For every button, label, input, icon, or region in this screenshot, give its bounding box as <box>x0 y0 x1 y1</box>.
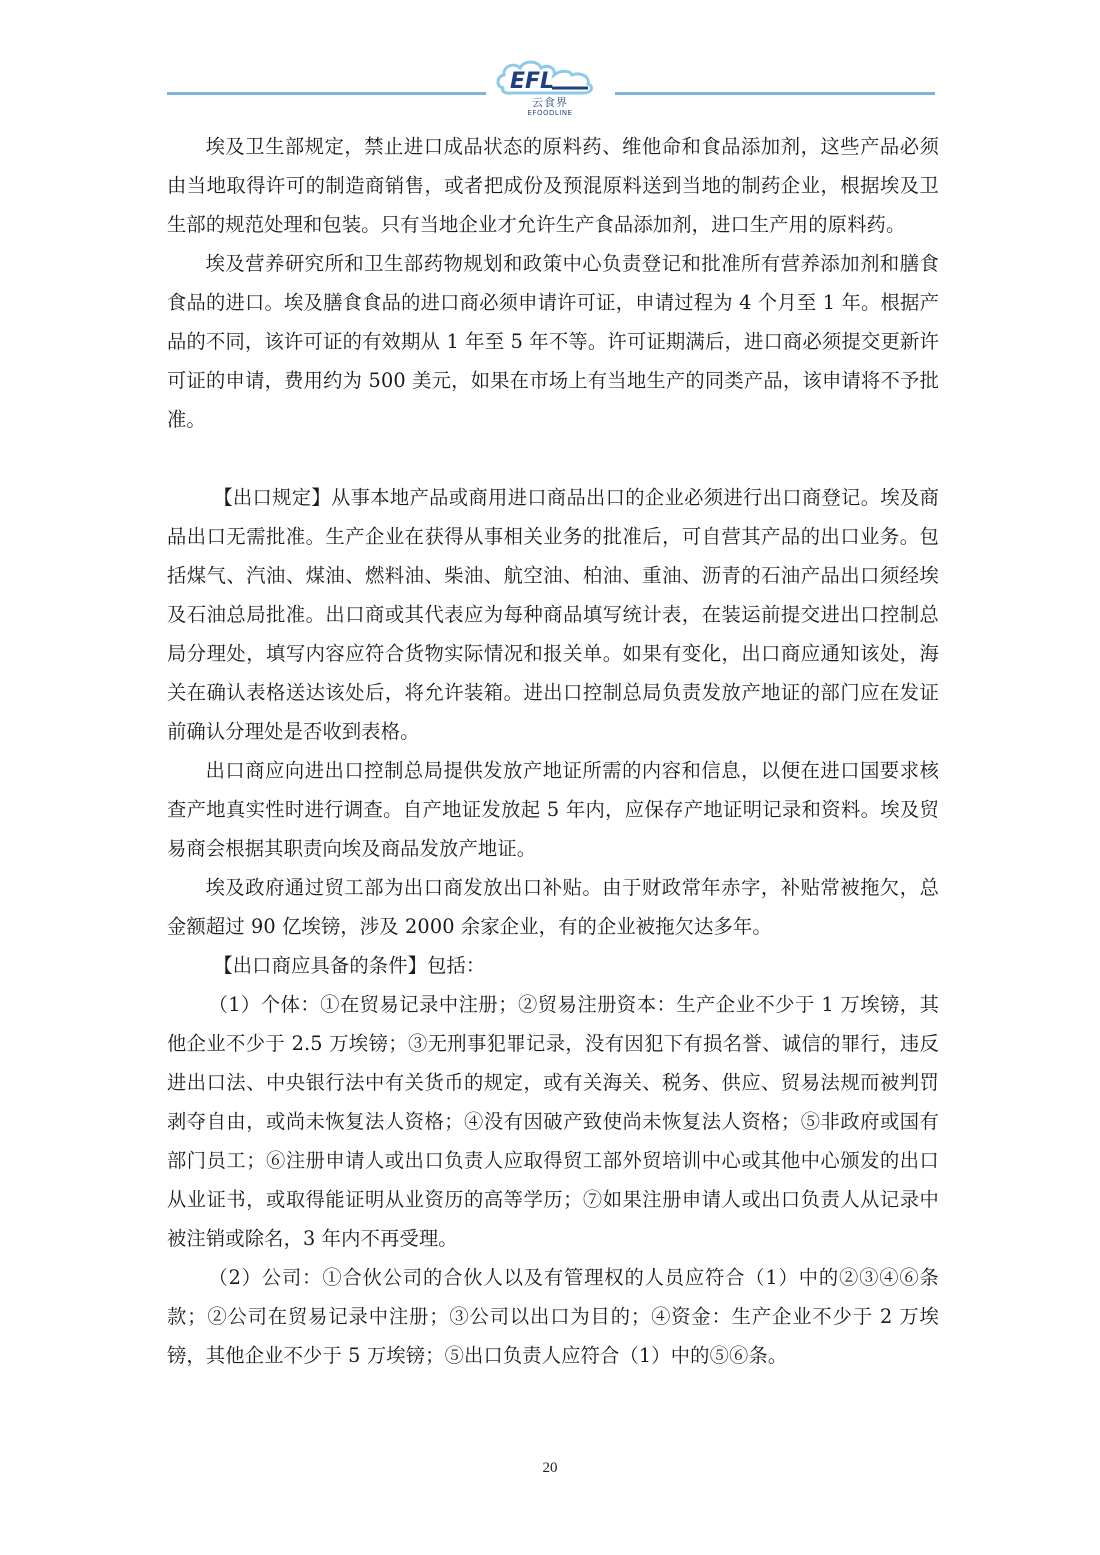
paragraph-export-regulations: 【出口规定】从事本地产品或商用进口商品出口的企业必须进行出口商登记。埃及商品出口… <box>167 478 939 751</box>
paragraph-export-subsidy: 埃及政府通过贸工部为出口商发放出口补贴。由于财政常年赤字，补贴常被拖欠，总金额超… <box>167 868 939 946</box>
header-rule-left <box>167 92 486 95</box>
paragraph-exporter-conditions-heading: 【出口商应具备的条件】包括： <box>167 946 939 985</box>
cloud-logo-icon: EFL <box>494 58 606 98</box>
paragraph-individual-conditions: （1）个体：①在贸易记录中注册；②贸易注册资本：生产企业不少于 1 万埃镑，其他… <box>167 985 939 1258</box>
document-body: 埃及卫生部规定，禁止进口成品状态的原料药、维他命和食品添加剂，这些产品必须由当地… <box>167 127 939 1375</box>
page-header: EFL 云食界 EFOODLINE <box>0 0 1100 125</box>
page-number: 20 <box>0 1460 1100 1477</box>
svg-text:EFL: EFL <box>510 69 554 94</box>
paragraph-certificate-of-origin: 出口商应向进出口控制总局提供发放产地证所需的内容和信息，以便在进口国要求核查产地… <box>167 751 939 868</box>
logo-name-cn: 云食界 <box>494 94 606 110</box>
paragraph-health-ministry-rules: 埃及卫生部规定，禁止进口成品状态的原料药、维他命和食品添加剂，这些产品必须由当地… <box>167 127 939 244</box>
header-rule-right <box>615 92 935 95</box>
efoodline-logo: EFL 云食界 EFOODLINE <box>494 58 606 122</box>
paragraph-company-conditions: （2）公司：①合伙公司的合伙人以及有管理权的人员应符合（1）中的②③④⑥条款；②… <box>167 1258 939 1375</box>
logo-name-en: EFOODLINE <box>494 109 606 117</box>
paragraph-dietary-import-license: 埃及营养研究所和卫生部药物规划和政策中心负责登记和批准所有营养添加剂和膳食食品的… <box>167 244 939 439</box>
